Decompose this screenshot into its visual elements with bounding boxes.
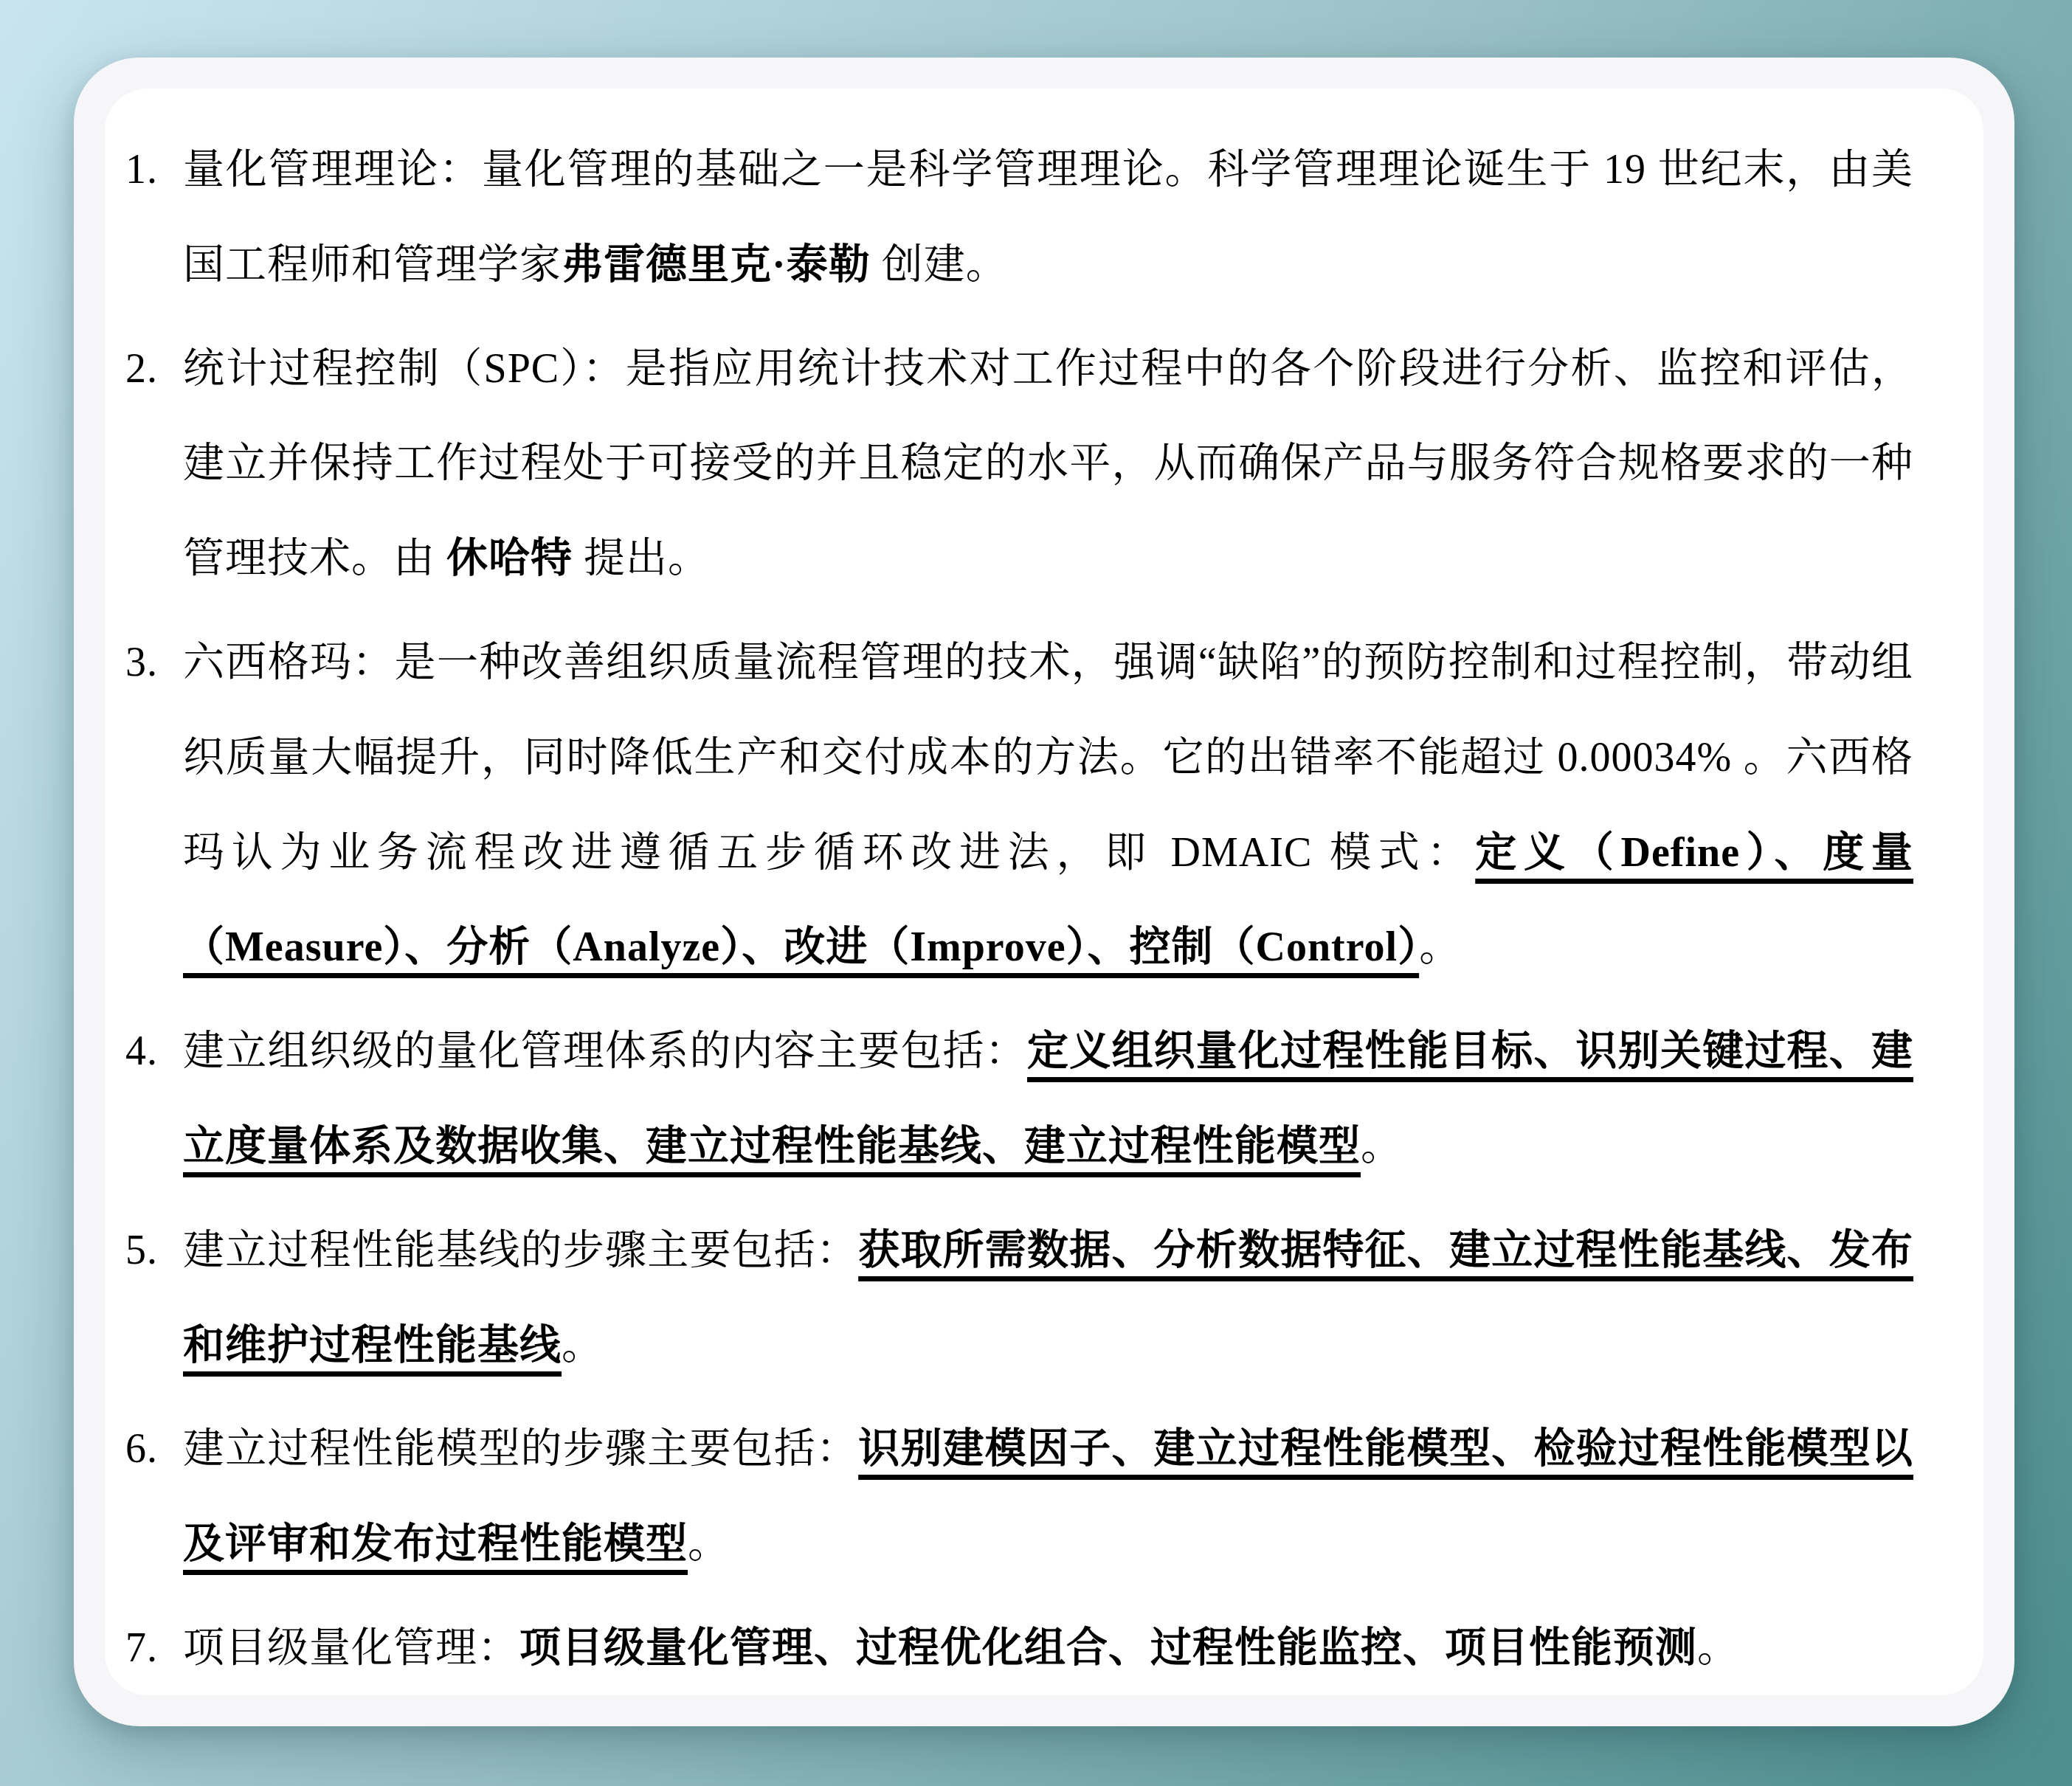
document-card: 1.量化管理理论：量化管理的基础之一是科学管理理论。科学管理理论诞生于 19 世… — [74, 58, 2014, 1726]
list-item: 3.六西格玛：是一种改善组织质量流程管理的技术，强调“缺陷”的预防控制和过程控制… — [125, 615, 1913, 995]
item-text: 量化管理理论：量化管理的基础之一是科学管理理论。科学管理理论诞生于 19 世纪末… — [183, 122, 1913, 313]
text-run: 创建。 — [871, 242, 1008, 288]
text-run: 。 — [1697, 1625, 1739, 1671]
list-item: 7.项目级量化管理：项目级量化管理、过程优化组合、过程性能监控、项目性能预测。 — [125, 1601, 1913, 1695]
item-text: 建立组织级的量化管理体系的内容主要包括：定义组织量化过程性能目标、识别关键过程、… — [183, 1004, 1913, 1194]
list-item: 6.建立过程性能模型的步骤主要包括：识别建模因子、建立过程性能模型、检验过程性能… — [125, 1402, 1913, 1592]
item-number: 4. — [125, 1004, 183, 1099]
item-number: 6. — [125, 1402, 183, 1497]
item-text: 六西格玛：是一种改善组织质量流程管理的技术，强调“缺陷”的预防控制和过程控制，带… — [183, 615, 1913, 995]
notes-list: 1.量化管理理论：量化管理的基础之一是科学管理理论。科学管理理论诞生于 19 世… — [125, 122, 1913, 1695]
text-run: 量化管理理论：量化管理的基础之一是科学管理理论。科学管理理论诞生于 19 世纪末… — [183, 147, 1913, 288]
text-run: 弗雷德里克·泰勒 — [562, 242, 871, 288]
text-run: 建立过程性能基线的步骤主要包括： — [183, 1228, 858, 1273]
text-run: 。 — [1419, 924, 1461, 970]
text-run: 。 — [562, 1323, 604, 1368]
list-item: 1.量化管理理论：量化管理的基础之一是科学管理理论。科学管理理论诞生于 19 世… — [125, 122, 1913, 313]
text-run: 建立过程性能模型的步骤主要包括： — [183, 1426, 858, 1472]
item-text: 建立过程性能基线的步骤主要包括：获取所需数据、分析数据特征、建立过程性能基线、发… — [183, 1203, 1913, 1394]
text-run: 提出。 — [573, 536, 710, 581]
text-run: 项目级量化管理： — [183, 1625, 519, 1671]
item-text: 项目级量化管理：项目级量化管理、过程优化组合、过程性能监控、项目性能预测。 — [183, 1601, 1913, 1695]
item-number: 7. — [125, 1601, 183, 1695]
item-number: 5. — [125, 1203, 183, 1298]
item-text: 建立过程性能模型的步骤主要包括：识别建模因子、建立过程性能模型、检验过程性能模型… — [183, 1402, 1913, 1592]
item-number: 2. — [125, 322, 183, 417]
text-run: 建立组织级的量化管理体系的内容主要包括： — [183, 1028, 1027, 1074]
text-run: 统计过程控制（SPC）：是指应用统计技术对工作过程中的各个阶段进行分析、监控和评… — [183, 346, 1913, 582]
text-run: 。 — [1361, 1124, 1403, 1169]
item-number: 3. — [125, 615, 183, 710]
text-run: 项目级量化管理、过程优化组合、过程性能监控、项目性能预测 — [519, 1625, 1697, 1671]
text-run: 。 — [688, 1521, 730, 1567]
list-item: 2.统计过程控制（SPC）：是指应用统计技术对工作过程中的各个阶段进行分析、监控… — [125, 322, 1913, 606]
document-sheet: 1.量化管理理论：量化管理的基础之一是科学管理理论。科学管理理论诞生于 19 世… — [105, 89, 1983, 1695]
list-item: 5.建立过程性能基线的步骤主要包括：获取所需数据、分析数据特征、建立过程性能基线… — [125, 1203, 1913, 1394]
item-text: 统计过程控制（SPC）：是指应用统计技术对工作过程中的各个阶段进行分析、监控和评… — [183, 322, 1913, 606]
item-number: 1. — [125, 122, 183, 218]
text-run: 休哈特 — [446, 536, 573, 581]
list-item: 4.建立组织级的量化管理体系的内容主要包括：定义组织量化过程性能目标、识别关键过… — [125, 1004, 1913, 1194]
